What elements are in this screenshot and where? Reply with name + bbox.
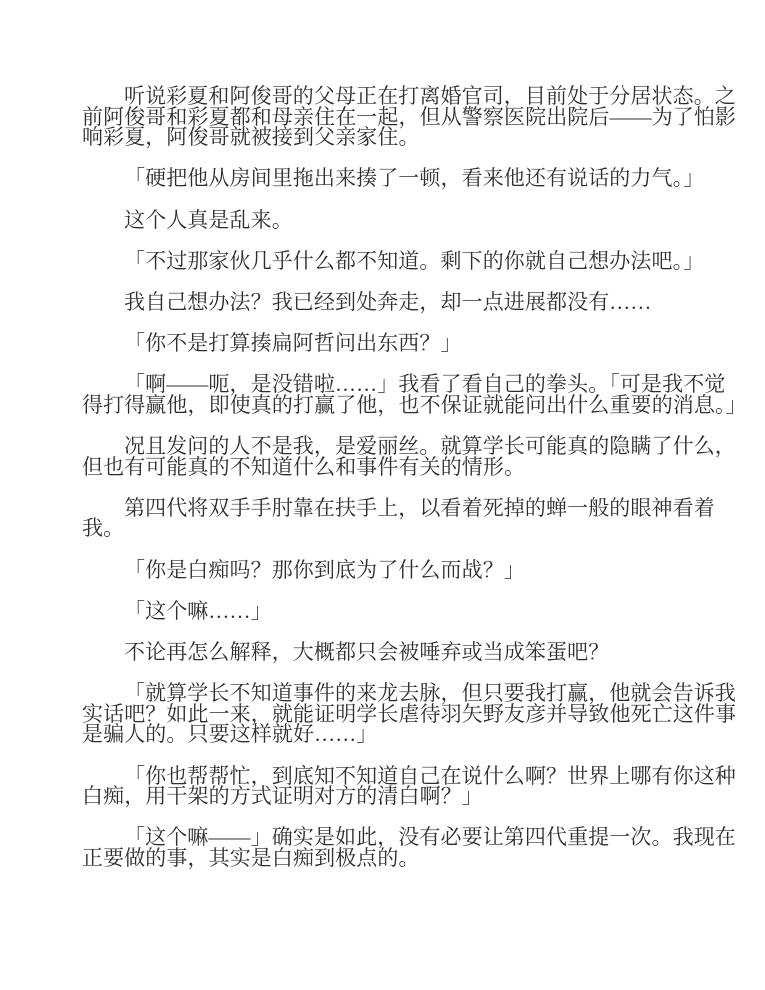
paragraph-13: 「就算学长不知道事件的来龙去脉，但只要我打赢，他就会告诉我实话吧？如此一来，就能… <box>82 683 746 745</box>
paragraph-4: 「不过那家伙几乎什么都不知道。剩下的你就自己想办法吧。」 <box>82 251 746 272</box>
paragraph-9: 第四代将双手手肘靠在扶手上，以看着死掉的蝉一般的眼神看着我。 <box>82 498 746 539</box>
text-block: 听说彩夏和阿俊哥的父母正在打离婚官司，目前处于分居状态。之前阿俊哥和彩夏都和母亲… <box>82 86 746 869</box>
paragraph-12: 不论再怎么解释，大概都只会被唾弃或当成笨蛋吧？ <box>82 642 746 663</box>
paragraph-11: 「这个嘛……」 <box>82 601 746 622</box>
document-page: 听说彩夏和阿俊哥的父母正在打离婚官司，目前处于分居状态。之前阿俊哥和彩夏都和母亲… <box>0 0 765 990</box>
paragraph-15: 「这个嘛——」确实是如此，没有必要让第四代重提一次。我现在正要做的事，其实是白痴… <box>82 827 746 868</box>
paragraph-6: 「你不是打算揍扁阿哲问出东西？」 <box>82 333 746 354</box>
paragraph-3: 这个人真是乱来。 <box>82 210 746 231</box>
paragraph-5: 我自己想办法？我已经到处奔走，却一点进展都没有…… <box>82 292 746 313</box>
paragraph-14: 「你也帮帮忙，到底知不知道自己在说什么啊？世界上哪有你这种白痴，用干架的方式证明… <box>82 766 746 807</box>
paragraph-7: 「啊——呃，是没错啦……」我看了看自己的拳头。「可是我不觉得打得赢他，即使真的打… <box>82 374 746 415</box>
paragraph-8: 况且发问的人不是我，是爱丽丝。就算学长可能真的隐瞒了什么，但也有可能真的不知道什… <box>82 436 746 477</box>
paragraph-1: 听说彩夏和阿俊哥的父母正在打离婚官司，目前处于分居状态。之前阿俊哥和彩夏都和母亲… <box>82 86 746 148</box>
paragraph-2: 「硬把他从房间里拖出来揍了一顿，看来他还有说话的力气。」 <box>82 168 746 189</box>
paragraph-10: 「你是白痴吗？那你到底为了什么而战？」 <box>82 560 746 581</box>
